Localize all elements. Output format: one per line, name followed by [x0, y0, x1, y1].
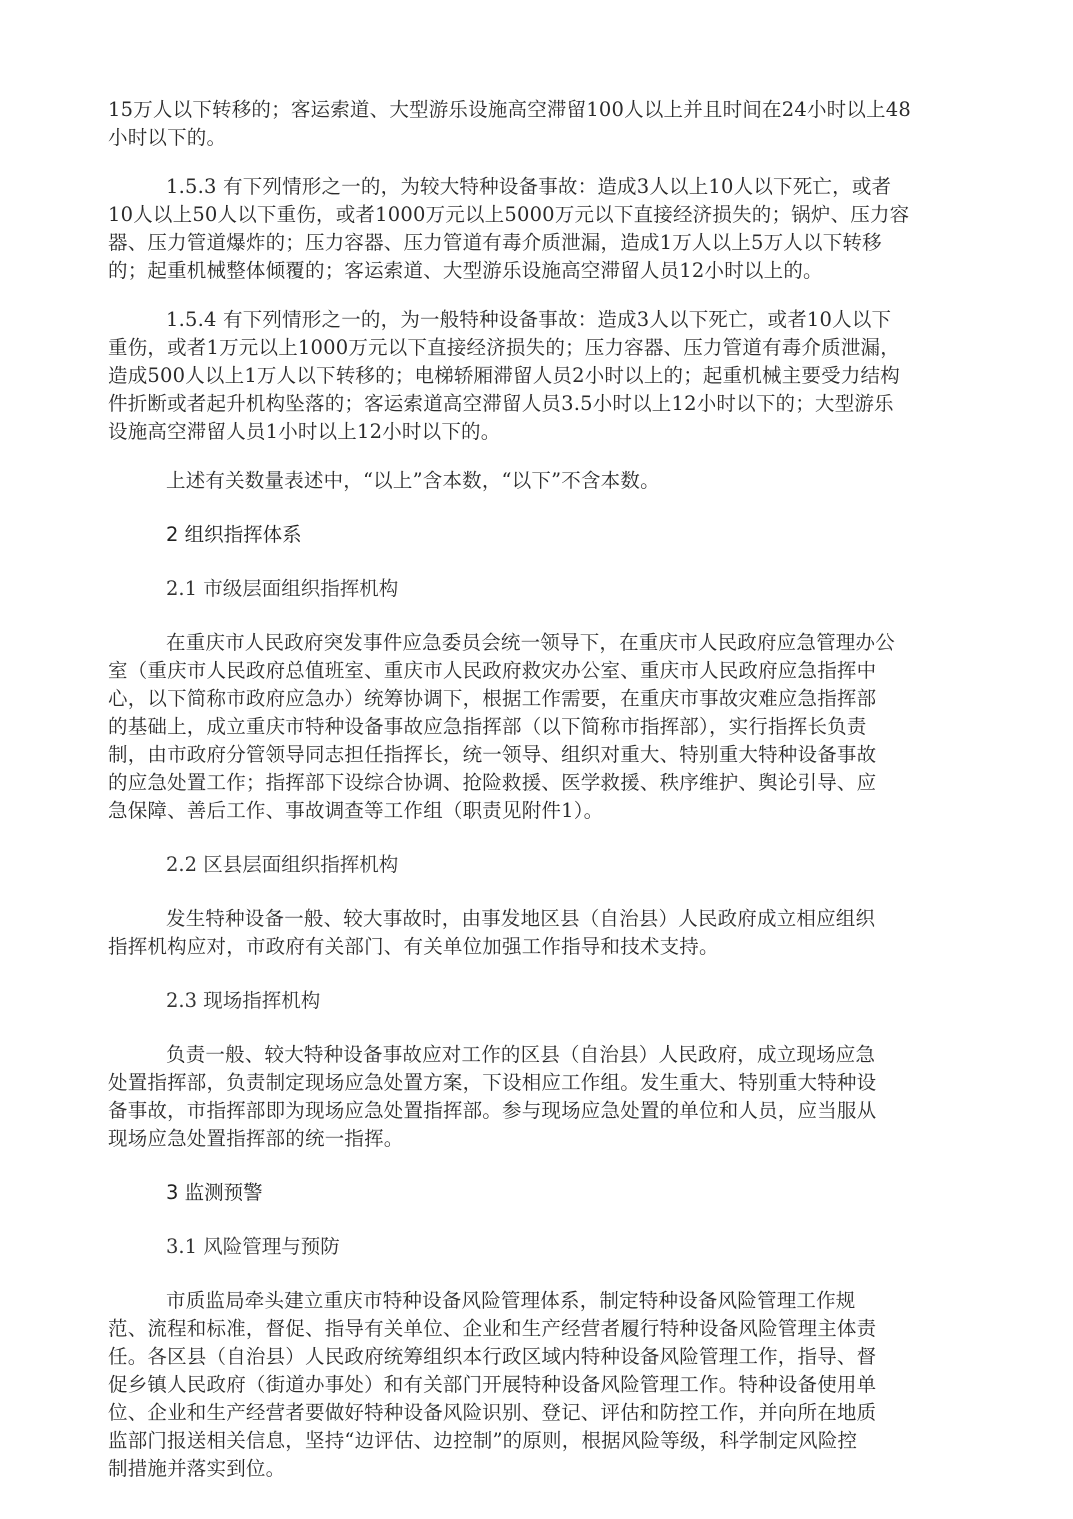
text-line: 指挥机构应对，市政府有关部门、有关单位加强工作指导和技术支持。 — [108, 933, 968, 961]
paragraph-1-5-3: 1.5.3 有下列情形之一的，为较大特种设备事故：造成3人以上10人以下死亡，或… — [108, 173, 968, 285]
text-line: 任。各区县（自治县）人民政府统筹组织本行政区域内特种设备风险管理工作，指导、督 — [108, 1343, 968, 1371]
section-heading-3: 3 监测预警 — [108, 1179, 968, 1207]
text-line: 的；起重机械整体倾覆的；客运索道、大型游乐设施高空滞留人员12小时以上的。 — [108, 257, 968, 285]
paragraph-1-5-4: 1.5.4 有下列情形之一的，为一般特种设备事故：造成3人以下死亡，或者10人以… — [108, 306, 968, 446]
text-line: 上述有关数量表述中，“以上”含本数，“以下”不含本数。 — [108, 467, 968, 495]
text-line: 10人以上50人以下重伤，或者1000万元以上5000万元以下直接经济损失的；锅… — [108, 201, 968, 229]
text-line: 造成500人以上1万人以下转移的；电梯轿厢滞留人员2小时以上的；起重机械主要受力… — [108, 362, 968, 390]
section-heading-2-1: 2.1 市级层面组织指挥机构 — [108, 575, 968, 603]
paragraph-2-2: 发生特种设备一般、较大事故时，由事发地区县（自治县）人民政府成立相应组织 指挥机… — [108, 905, 968, 961]
text-line: 监部门报送相关信息，坚持“边评估、边控制”的原则，根据风险等级，科学制定风险控 — [108, 1427, 968, 1455]
text-line: 市质监局牵头建立重庆市特种设备风险管理体系，制定特种设备风险管理工作规 — [108, 1287, 968, 1315]
text-line: 设施高空滞留人员1小时以上12小时以下的。 — [108, 418, 968, 446]
text-line: 制措施并落实到位。 — [108, 1455, 968, 1483]
text-line: 促乡镇人民政府（街道办事处）和有关部门开展特种设备风险管理工作。特种设备使用单 — [108, 1371, 968, 1399]
text-line: 急保障、善后工作、事故调查等工作组（职责见附件1）。 — [108, 797, 968, 825]
text-line: 处置指挥部，负责制定现场应急处置方案，下设相应工作组。发生重大、特别重大特种设 — [108, 1069, 968, 1097]
section-heading-2-3: 2.3 现场指挥机构 — [108, 987, 968, 1015]
section-heading-2-2: 2.2 区县层面组织指挥机构 — [108, 851, 968, 879]
text-line: 在重庆市人民政府突发事件应急委员会统一领导下，在重庆市人民政府应急管理办公 — [108, 629, 968, 657]
text-line: 室（重庆市人民政府总值班室、重庆市人民政府救灾办公室、重庆市人民政府应急指挥中 — [108, 657, 968, 685]
text-line: 现场应急处置指挥部的统一指挥。 — [108, 1125, 968, 1153]
text-line: 位、企业和生产经营者要做好特种设备风险识别、登记、评估和防控工作，并向所在地质 — [108, 1399, 968, 1427]
text-line: 负责一般、较大特种设备事故应对工作的区县（自治县）人民政府，成立现场应急 — [108, 1041, 968, 1069]
text-line: 器、压力管道爆炸的；压力容器、压力管道有毒介质泄漏，造成1万人以上5万人以下转移 — [108, 229, 968, 257]
paragraph-3-1: 市质监局牵头建立重庆市特种设备风险管理体系，制定特种设备风险管理工作规 范、流程… — [108, 1287, 968, 1483]
text-line: 范、流程和标准，督促、指导有关单位、企业和生产经营者履行特种设备风险管理主体责 — [108, 1315, 968, 1343]
text-line: 心，以下简称市政府应急办）统筹协调下，根据工作需要，在重庆市事故灾难应急指挥部 — [108, 685, 968, 713]
text-line: 1.5.4 有下列情形之一的，为一般特种设备事故：造成3人以下死亡，或者10人以… — [108, 306, 968, 334]
text-line: 15万人以下转移的；客运索道、大型游乐设施高空滞留100人以上并且时间在24小时… — [108, 96, 968, 124]
text-line: 的应急处置工作；指挥部下设综合协调、抢险救援、医学救援、秩序维护、舆论引导、应 — [108, 769, 968, 797]
text-line: 1.5.3 有下列情形之一的，为较大特种设备事故：造成3人以上10人以下死亡，或… — [108, 173, 968, 201]
text-line: 发生特种设备一般、较大事故时，由事发地区县（自治县）人民政府成立相应组织 — [108, 905, 968, 933]
paragraph-2-3: 负责一般、较大特种设备事故应对工作的区县（自治县）人民政府，成立现场应急 处置指… — [108, 1041, 968, 1153]
paragraph-quantity-note: 上述有关数量表述中，“以上”含本数，“以下”不含本数。 — [108, 467, 968, 495]
paragraph-2-1: 在重庆市人民政府突发事件应急委员会统一领导下，在重庆市人民政府应急管理办公 室（… — [108, 629, 968, 825]
text-line: 小时以下的。 — [108, 124, 968, 152]
text-line: 备事故，市指挥部即为现场应急处置指挥部。参与现场应急处置的单位和人员，应当服从 — [108, 1097, 968, 1125]
paragraph-1-5-2-continuation: 15万人以下转移的；客运索道、大型游乐设施高空滞留100人以上并且时间在24小时… — [108, 96, 968, 152]
text-line: 重伤，或者1万元以上1000万元以下直接经济损失的；压力容器、压力管道有毒介质泄… — [108, 334, 968, 362]
section-heading-3-1: 3.1 风险管理与预防 — [108, 1233, 968, 1261]
document-page: 15万人以下转移的；客运索道、大型游乐设施高空滞留100人以上并且时间在24小时… — [108, 96, 968, 1483]
text-line: 的基础上，成立重庆市特种设备事故应急指挥部（以下简称市指挥部），实行指挥长负责 — [108, 713, 968, 741]
text-line: 制，由市政府分管领导同志担任指挥长，统一领导、组织对重大、特别重大特种设备事故 — [108, 741, 968, 769]
text-line: 件折断或者起升机构坠落的；客运索道高空滞留人员3.5小时以上12小时以下的；大型… — [108, 390, 968, 418]
section-heading-2: 2 组织指挥体系 — [108, 521, 968, 549]
